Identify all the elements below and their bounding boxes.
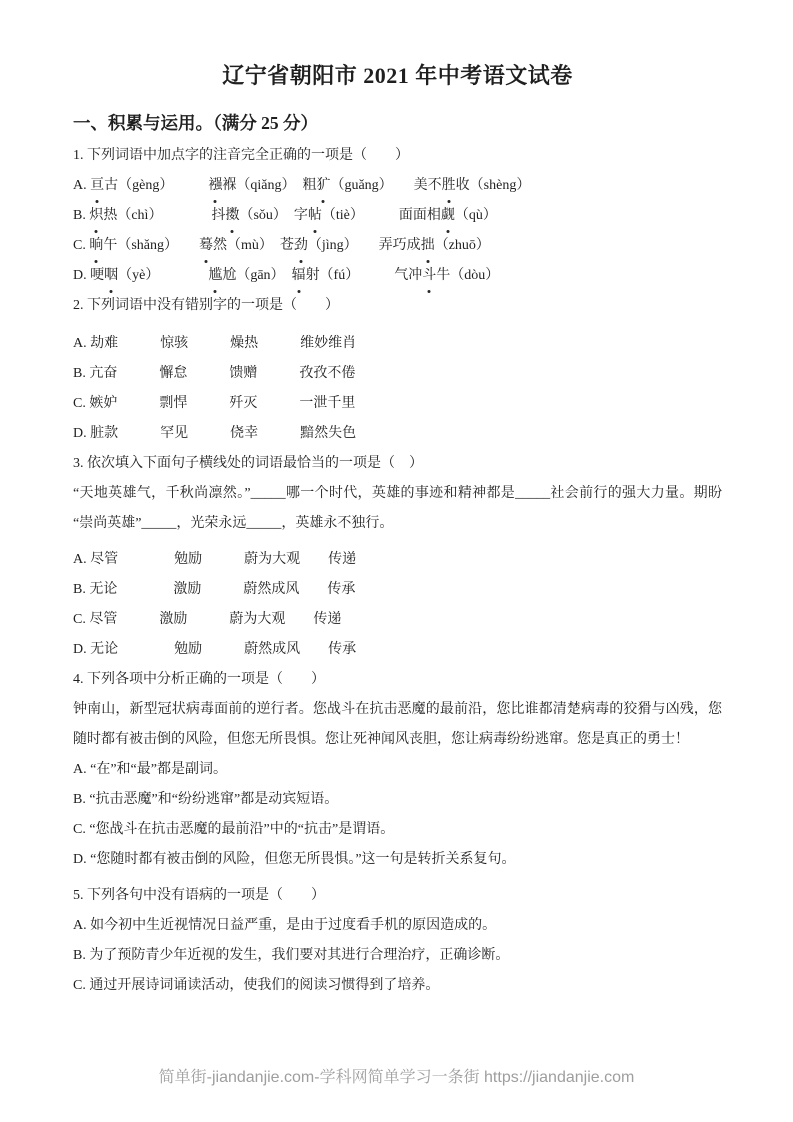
exam-title: 辽宁省朝阳市 2021 年中考语文试卷 — [73, 0, 722, 94]
question-3: 3. 依次填入下面句子横线处的词语最恰当的一项是（ ） “天地英雄气，千秋尚凛然… — [73, 449, 722, 665]
section-heading: 一、积累与运用。（满分 25 分） — [73, 110, 722, 137]
question-1-option-d: D. 哽咽（yè） 尴尬（gān） 辐射（fú） 气冲斗牛（dòu） — [73, 261, 722, 291]
questions-area: 1. 下列词语中加点字的注音完全正确的一项是（ ） A. 亘古（gèng） 襁褓… — [73, 141, 722, 1001]
question-4-option-a: A. “在”和“最”都是副词。 — [73, 755, 722, 785]
question-3-option-a: A. 尽管 勉励 蔚为大观 传递 — [73, 545, 722, 575]
question-2-option-c: C. 嫉妒 剽悍 歼灭 一泄千里 — [73, 389, 722, 419]
question-1-option-b: B. 炽热（chì） 抖擞（sǒu） 字帖（tiè） 面面相觑（qù） — [73, 201, 722, 231]
question-4-option-c: C. “您战斗在抗击恶魔的最前沿”中的“抗击”是谓语。 — [73, 815, 722, 845]
question-3-option-b: B. 无论 激励 蔚然成风 传承 — [73, 575, 722, 605]
question-4: 4. 下列各项中分析正确的一项是（ ） 钟南山，新型冠状病毒面前的逆行者。您战斗… — [73, 665, 722, 875]
question-1-option-c: C. 晌午（shǎng） 蓦然（mù） 苍劲（jìng） 弄巧成拙（zhuō） — [73, 231, 722, 261]
question-3-option-c: C. 尽管 激励 蔚为大观 传递 — [73, 605, 722, 635]
question-5-stem: 5. 下列各句中没有语病的一项是（ ） — [73, 881, 722, 911]
question-1-stem: 1. 下列词语中加点字的注音完全正确的一项是（ ） — [73, 141, 722, 171]
question-2-stem: 2. 下列词语中没有错别字的一项是（ ） — [73, 291, 722, 321]
question-2: 2. 下列词语中没有错别字的一项是（ ） A. 劫难 惊骇 燥热 维妙维肖 B.… — [73, 291, 722, 449]
question-2-option-d: D. 脏款 罕见 侥幸 黯然失色 — [73, 419, 722, 449]
question-5: 5. 下列各句中没有语病的一项是（ ） A. 如今初中生近视情况日益严重，是由于… — [73, 881, 722, 1001]
question-4-option-b: B. “抗击恶魔”和“纷纷逃窜”都是动宾短语。 — [73, 785, 722, 815]
question-1: 1. 下列词语中加点字的注音完全正确的一项是（ ） A. 亘古（gèng） 襁褓… — [73, 141, 722, 291]
question-4-passage: 钟南山，新型冠状病毒面前的逆行者。您战斗在抗击恶魔的最前沿，您比谁都清楚病毒的狡… — [73, 695, 722, 755]
question-4-option-d: D. “您随时都有被击倒的风险，但您无所畏惧。”这一句是转折关系复句。 — [73, 845, 722, 875]
question-2-option-b: B. 亢奋 懈怠 馈赠 孜孜不倦 — [73, 359, 722, 389]
exam-document-page: { "document": { "title": "辽宁省朝阳市 2021 年中… — [0, 0, 793, 1122]
question-5-option-b: B. 为了预防青少年近视的发生，我们要对其进行合理治疗，正确诊断。 — [73, 941, 722, 971]
question-2-option-a: A. 劫难 惊骇 燥热 维妙维肖 — [73, 329, 722, 359]
footer: 简单街-jiandanjie.com-学科网简单学习一条街 https://ji… — [0, 1066, 793, 1090]
footer-watermark: 简单街-jiandanjie.com-学科网简单学习一条街 https://ji… — [0, 1066, 793, 1090]
question-5-option-c: C. 通过开展诗词诵读活动，使我们的阅读习惯得到了培养。 — [73, 971, 722, 1001]
question-3-option-d: D. 无论 勉励 蔚然成风 传承 — [73, 635, 722, 665]
question-4-stem: 4. 下列各项中分析正确的一项是（ ） — [73, 665, 722, 695]
question-5-option-a: A. 如今初中生近视情况日益严重，是由于过度看手机的原因造成的。 — [73, 911, 722, 941]
question-3-stem: 3. 依次填入下面句子横线处的词语最恰当的一项是（ ） — [73, 449, 722, 479]
question-1-option-a: A. 亘古（gèng） 襁褓（qiǎng） 粗犷（guǎng） 美不胜收（shè… — [73, 171, 722, 201]
exam-page: 辽宁省朝阳市 2021 年中考语文试卷 一、积累与运用。（满分 25 分） 1.… — [0, 0, 793, 1122]
question-3-passage: “天地英雄气，千秋尚凛然。”_____哪一个时代，英雄的事迹和精神都是_____… — [73, 479, 722, 539]
